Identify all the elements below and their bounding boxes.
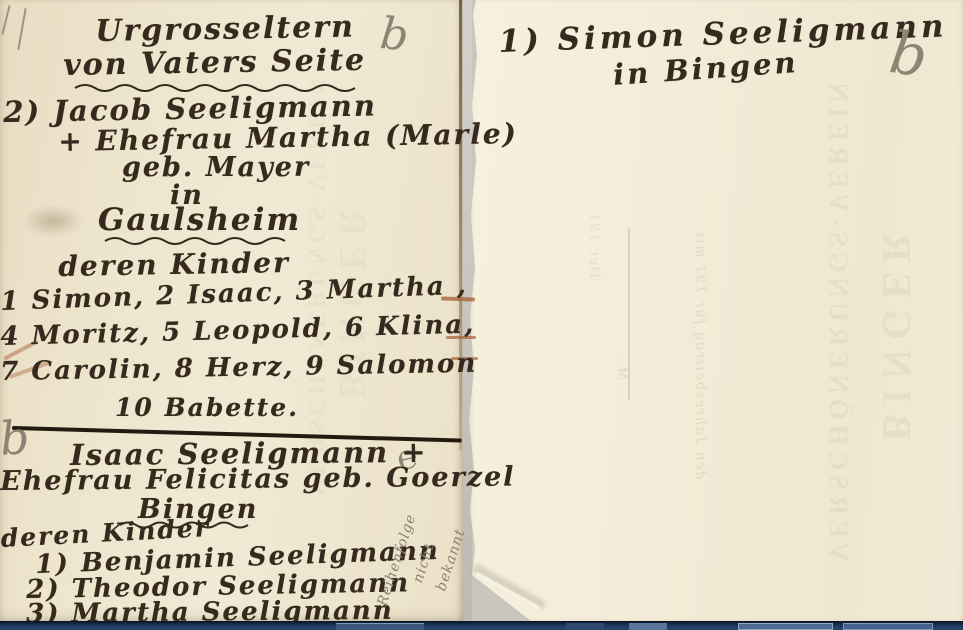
ghost-text-title: BINGER (874, 223, 921, 441)
ghost-text-fragment2: Der 191 (585, 212, 603, 279)
taskbar-button[interactable] (629, 623, 667, 630)
taskbar-button[interactable] (738, 623, 833, 630)
ink-smudge (22, 205, 84, 237)
pencil-mark-top-right: b (378, 8, 413, 62)
taskbar-button[interactable] (566, 623, 604, 630)
taskbar-button[interactable] (843, 623, 933, 630)
heading-line-2: von Vaters Seite (63, 43, 366, 83)
page-crease-line (459, 0, 462, 450)
family2-spouse: Ehefrau Felicitas geb. Goerzel (0, 462, 516, 497)
family1-children-line4: 10 Babette. (115, 393, 299, 422)
taskbar (0, 621, 963, 630)
ghost-text-fragment1: den Jahresbeitrag für 191 mit (691, 231, 709, 480)
family1-maiden-name: geb. Mayer (122, 152, 310, 183)
wavy-underline (103, 233, 299, 247)
ghost-rule-line (628, 228, 630, 400)
ghost-text-subtitle: VERSCHÖNERUNGS-VEREIN (823, 78, 854, 563)
scanned-document-view: VERSCHÖNERUNGS-VEREIN BINGER BINGER VERS… (0, 0, 963, 630)
pencil-mark-divider-left: b (0, 410, 33, 466)
taskbar-button[interactable] (336, 623, 424, 630)
